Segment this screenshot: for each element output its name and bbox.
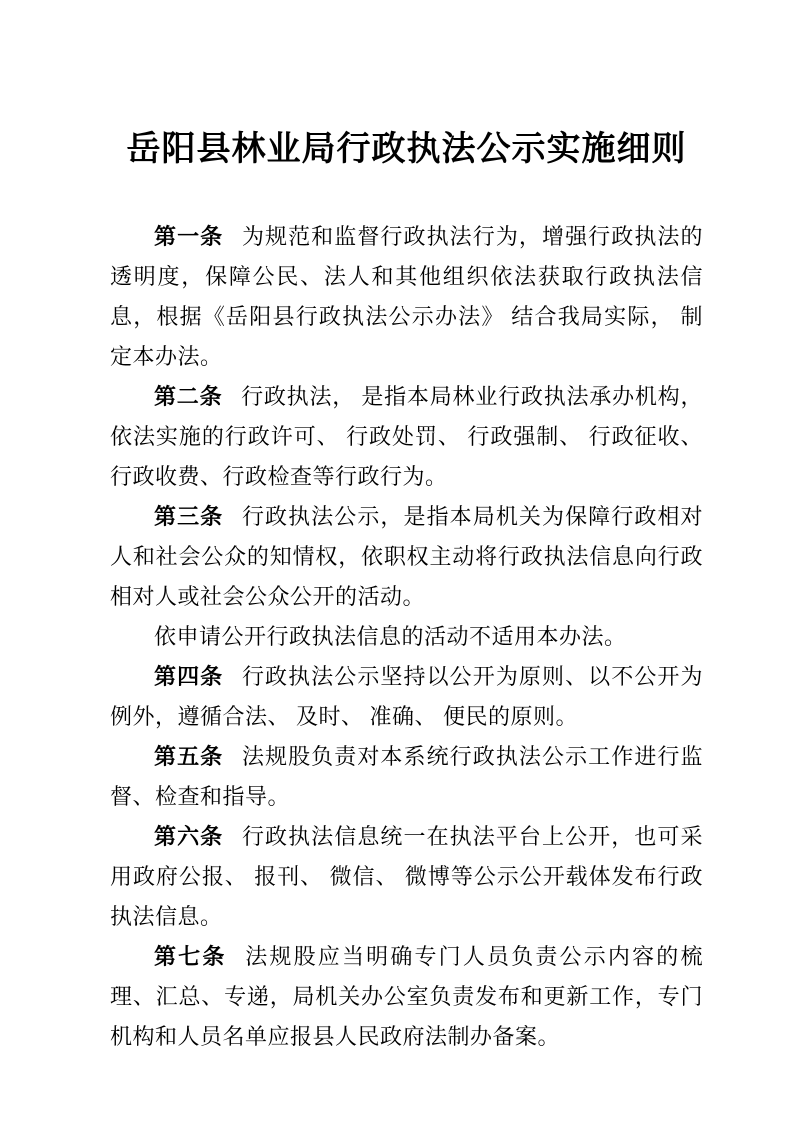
article-5: 第五条法规股负责对本系统行政执法公示工作进行监督、检查和指导。: [110, 737, 703, 817]
article-3-number: 第三条: [154, 504, 223, 529]
article-7: 第七条法规股应当明确专门人员负责公示内容的梳理、汇总、专递，局机关办公室负责发布…: [110, 937, 703, 1057]
article-2: 第二条行政执法， 是指本局林业行政执法承办机构， 依法实施的行政许可、 行政处罚…: [110, 377, 703, 497]
article-7-number: 第七条: [154, 944, 227, 969]
article-4: 第四条行政执法公示坚持以公开为原则、以不公开为例外，遵循合法、 及时、 准确、 …: [110, 657, 703, 737]
article-6: 第六条行政执法信息统一在执法平台上公开，也可采用政府公报、 报刊、 微信、 微博…: [110, 817, 703, 937]
article-6-number: 第六条: [154, 824, 223, 849]
article-3-continuation: 依申请公开行政执法信息的活动不适用本办法。: [110, 617, 703, 657]
document-body: 第一条为规范和监督行政执法行为，增强行政执法的透明度，保障公民、法人和其他组织依…: [110, 217, 703, 1057]
article-3-continuation-text: 依申请公开行政执法信息的活动不适用本办法。: [154, 624, 627, 649]
article-1-number: 第一条: [154, 224, 223, 249]
article-2-number: 第二条: [154, 384, 222, 409]
article-1: 第一条为规范和监督行政执法行为，增强行政执法的透明度，保障公民、法人和其他组织依…: [110, 217, 703, 377]
document-title: 岳阳县林业局行政执法公示实施细则: [110, 128, 703, 172]
document-page: 岳阳县林业局行政执法公示实施细则 第一条为规范和监督行政执法行为，增强行政执法的…: [0, 0, 793, 1122]
article-4-number: 第四条: [154, 664, 223, 689]
article-3: 第三条行政执法公示，是指本局机关为保障行政相对人和社会公众的知情权，依职权主动将…: [110, 497, 703, 617]
article-5-number: 第五条: [154, 744, 223, 769]
